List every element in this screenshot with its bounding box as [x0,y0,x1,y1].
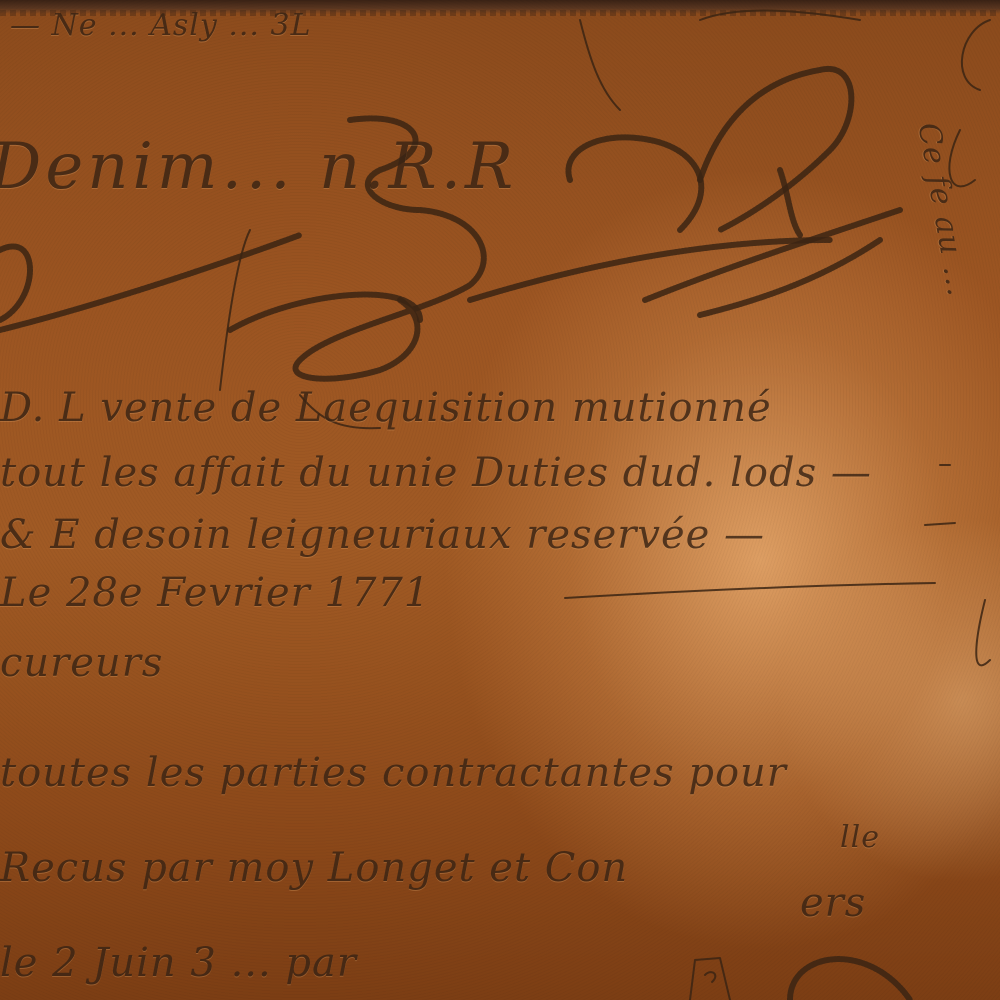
inscription-top-line: — Ne ... Asly ... 3L [10,8,312,43]
inscription-signature: Denim... n.R.R [0,130,517,204]
engraved-leather-photo: — Ne ... Asly ... 3L Denim... n.R.R D. L… [0,0,1000,1000]
inscription-line-2: tout les affait du unie Duties dud. lods… [0,450,872,496]
inscription-line-5: cureurs [0,640,163,686]
inscription-line-8: le 2 Juin 3 ... par [0,940,357,986]
inscription-superscript-lle: lle [840,820,880,855]
inscription-line-4: Le 28e Fevrier 1771 [0,570,430,616]
inscription-line-7: Recus par moy Longet et Con [0,845,628,891]
inscription-line-1: D. L vente de Laequisition mutionné [0,385,772,431]
inscription-superscript-ers: ers [800,880,866,926]
inscription-line-6: toutes les parties contractantes pour [0,750,787,796]
inscription-line-3: & E desoin leigneuriaux reservée — [0,512,765,558]
